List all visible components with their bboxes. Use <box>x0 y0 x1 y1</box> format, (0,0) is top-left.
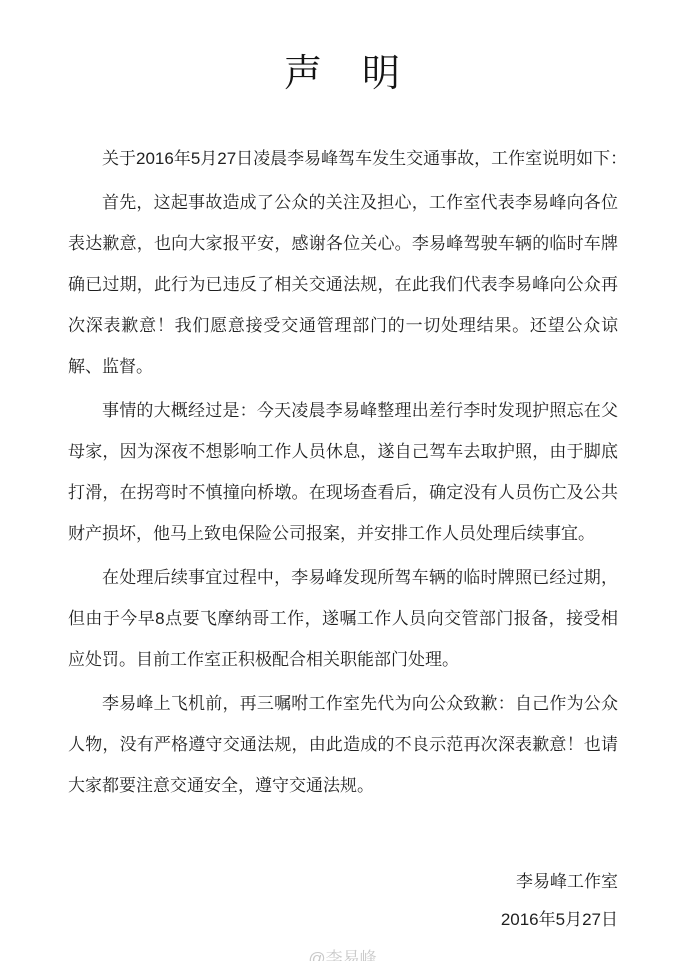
paragraph-closing-apology: 李易峰上飞机前，再三嘱咐工作室先代为向公众致歉：自己作为公众人物，没有严格遵守交… <box>68 683 618 806</box>
signature-name: 李易峰工作室 <box>0 863 618 901</box>
signature-date: 2016年5月27日 <box>0 901 618 939</box>
paragraph-intro: 关于2016年5月27日凌晨李易峰驾车发生交通事故，工作室说明如下： <box>68 138 618 179</box>
signature-block: 李易峰工作室 2016年5月27日 <box>0 863 685 939</box>
paragraph-incident-details: 事情的大概经过是：今天凌晨李易峰整理出差行李时发现护照忘在父母家，因为深夜不想影… <box>68 390 618 554</box>
weibo-watermark: @李易峰 <box>308 949 376 961</box>
statement-body: 关于2016年5月27日凌晨李易峰驾车发生交通事故，工作室说明如下： 首先，这起… <box>0 138 685 806</box>
paragraph-apology: 首先，这起事故造成了公众的关注及担心，工作室代表李易峰向各位表达歉意，也向大家报… <box>68 182 618 387</box>
page-title: 声 明 <box>0 0 685 98</box>
statement-page: 声 明 关于2016年5月27日凌晨李易峰驾车发生交通事故，工作室说明如下： 首… <box>0 0 685 961</box>
paragraph-followup: 在处理后续事宜过程中，李易峰发现所驾车辆的临时牌照已经过期，但由于今早8点要飞摩… <box>68 557 618 680</box>
